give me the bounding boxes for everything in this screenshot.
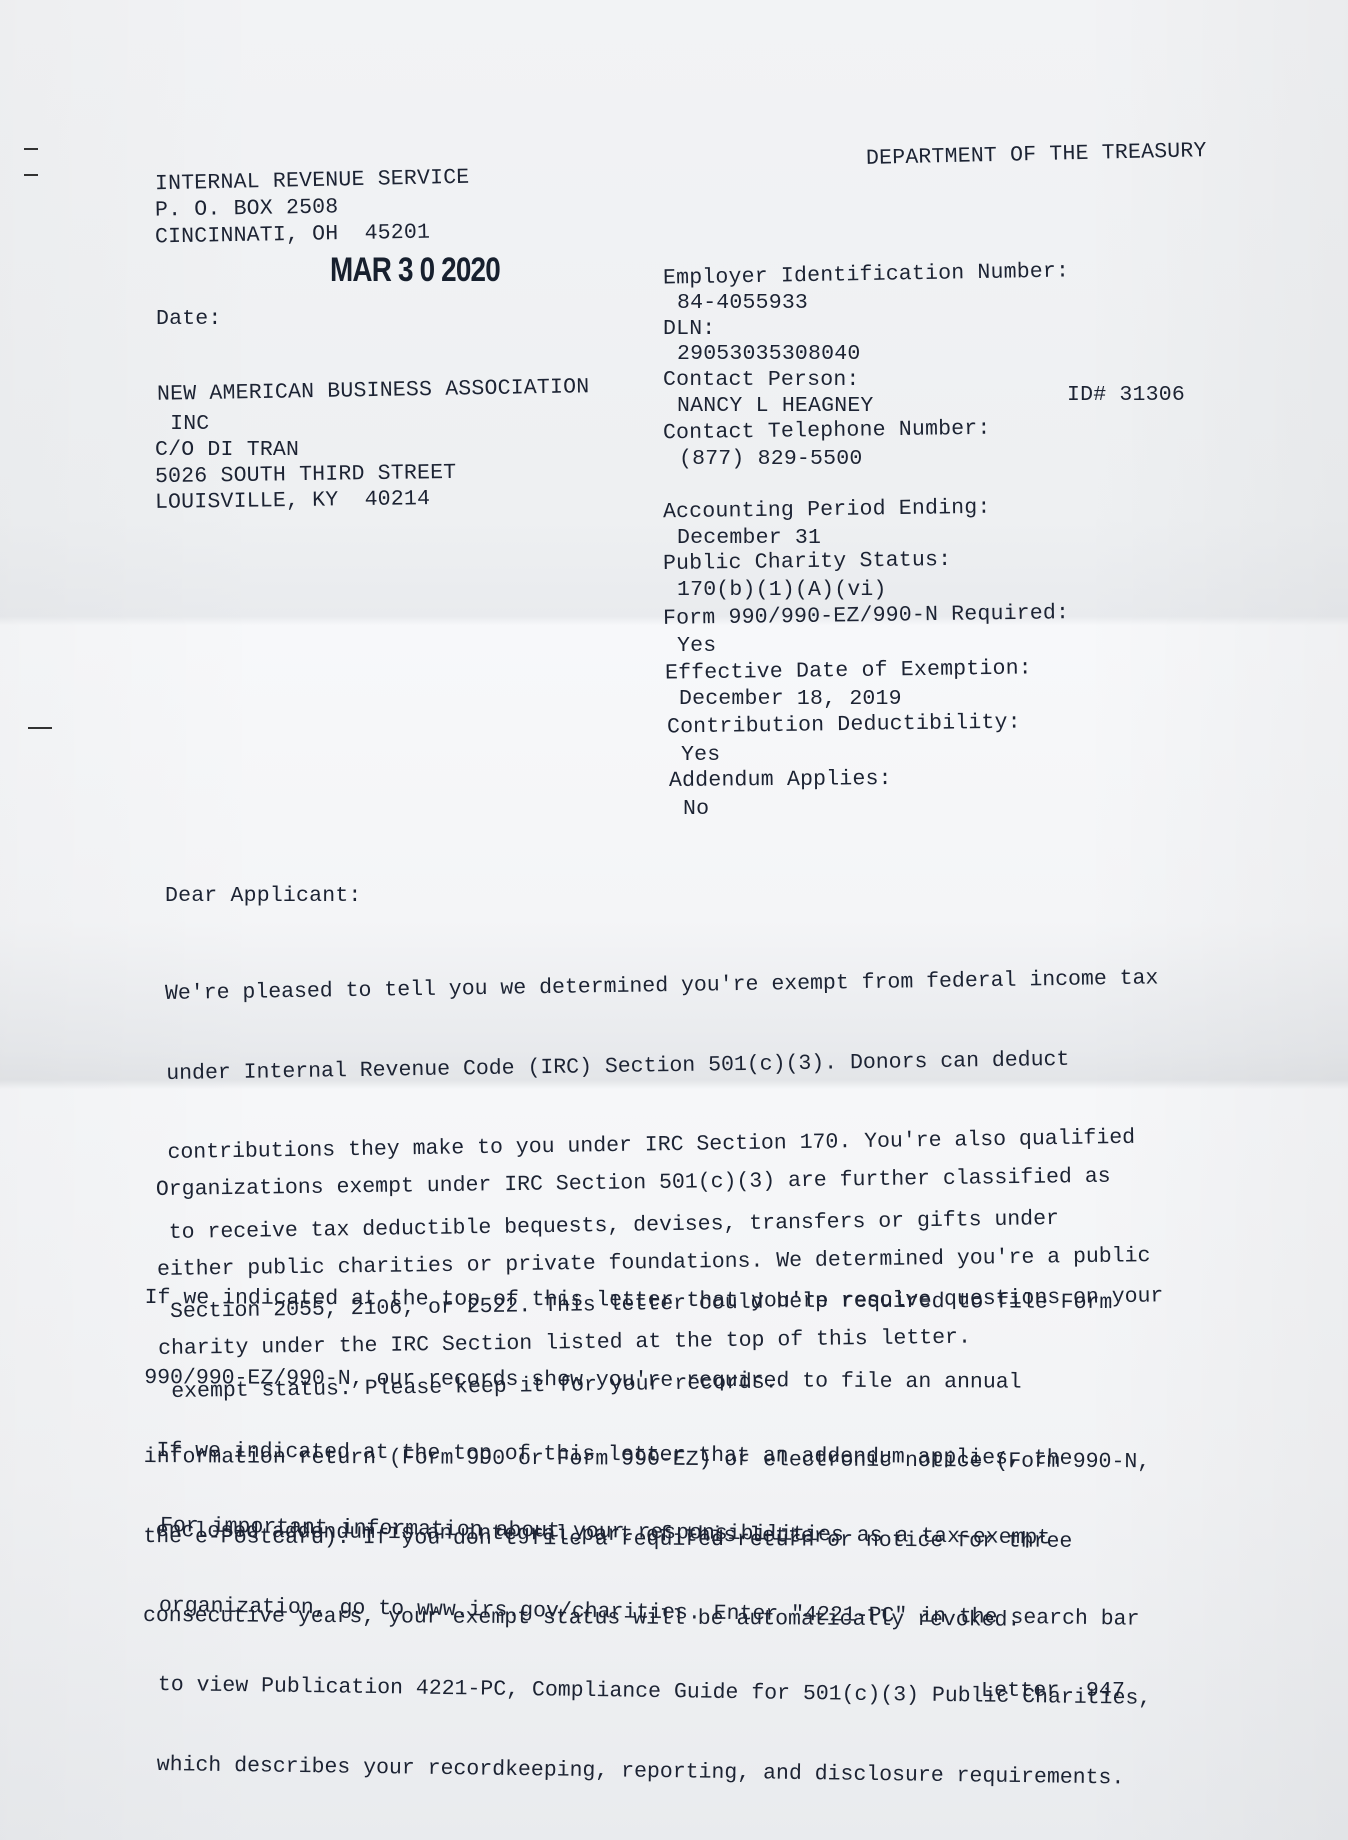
form-required-value: Yes xyxy=(677,633,716,659)
salutation: Dear Applicant: xyxy=(165,883,362,909)
charity-value: 170(b)(1)(A)(vi) xyxy=(677,577,887,603)
recipient-line: C/O DI TRAN xyxy=(155,437,299,463)
date-stamp: MAR 3 0 2020 xyxy=(330,251,500,290)
period-label: Accounting Period Ending: xyxy=(663,495,991,526)
sender-line: CINCINNATI, OH 45201 xyxy=(155,220,431,251)
dln-value: 29053035308040 xyxy=(677,341,860,367)
ein-label: Employer Identification Number: xyxy=(663,258,1070,291)
deductibility-value: Yes xyxy=(681,742,720,768)
sender-line: INTERNAL REVENUE SERVICE xyxy=(155,165,470,198)
margin-mark xyxy=(24,148,38,150)
period-value: December 31 xyxy=(677,525,821,551)
deductibility-label: Contribution Deductibility: xyxy=(667,710,1021,741)
sender-line: P. O. BOX 2508 xyxy=(155,194,339,223)
addendum-label: Addendum Applies: xyxy=(669,766,892,794)
phone-label: Contact Telephone Number: xyxy=(663,416,991,447)
paragraph-line: which describes your recordkeeping, repo… xyxy=(157,1751,1151,1791)
paragraph-line: We're pleased to tell you we determined … xyxy=(165,965,1159,1007)
effective-date-value: December 18, 2019 xyxy=(679,686,902,712)
dln-label: DLN: xyxy=(663,316,715,342)
margin-mark xyxy=(24,174,38,176)
paragraph-responsibilities: For important information about your res… xyxy=(156,1460,1155,1840)
recipient-line: INC xyxy=(157,411,209,437)
contact-label: Contact Person: xyxy=(663,367,860,393)
margin-mark xyxy=(28,727,52,729)
ein-value: 84-4055933 xyxy=(677,290,808,316)
contact-value: NANCY L HEAGNEY xyxy=(677,393,874,419)
paragraph-line: If we indicated at the top of this lette… xyxy=(145,1285,1152,1317)
form-required-label: Form 990/990-EZ/990-N Required: xyxy=(663,600,1069,632)
letter-number: Letter 947 xyxy=(981,1678,1125,1704)
paragraph-line: For important information about your res… xyxy=(160,1513,1154,1553)
paragraph-line: Organizations exempt under IRC Section 5… xyxy=(156,1163,1150,1203)
paragraph-line: organization, go to www.irs.gov/charitie… xyxy=(159,1592,1153,1632)
irs-determination-letter: INTERNAL REVENUE SERVICE P. O. BOX 2508 … xyxy=(0,0,1348,1840)
recipient-line: LOUISVILLE, KY 40214 xyxy=(155,486,430,516)
date-label: Date: xyxy=(156,306,222,332)
paragraph-line: under Internal Revenue Code (IRC) Sectio… xyxy=(166,1045,1160,1087)
addendum-value: No xyxy=(683,796,709,822)
charity-label: Public Charity Status: xyxy=(663,547,952,577)
effective-date-label: Effective Date of Exemption: xyxy=(665,655,1032,686)
recipient-line: NEW AMERICAN BUSINESS ASSOCIATION xyxy=(157,374,590,408)
phone-value: (877) 829-5500 xyxy=(679,446,862,472)
department-heading: DEPARTMENT OF THE TREASURY xyxy=(866,138,1207,172)
contact-id: ID# 31306 xyxy=(1067,382,1185,408)
